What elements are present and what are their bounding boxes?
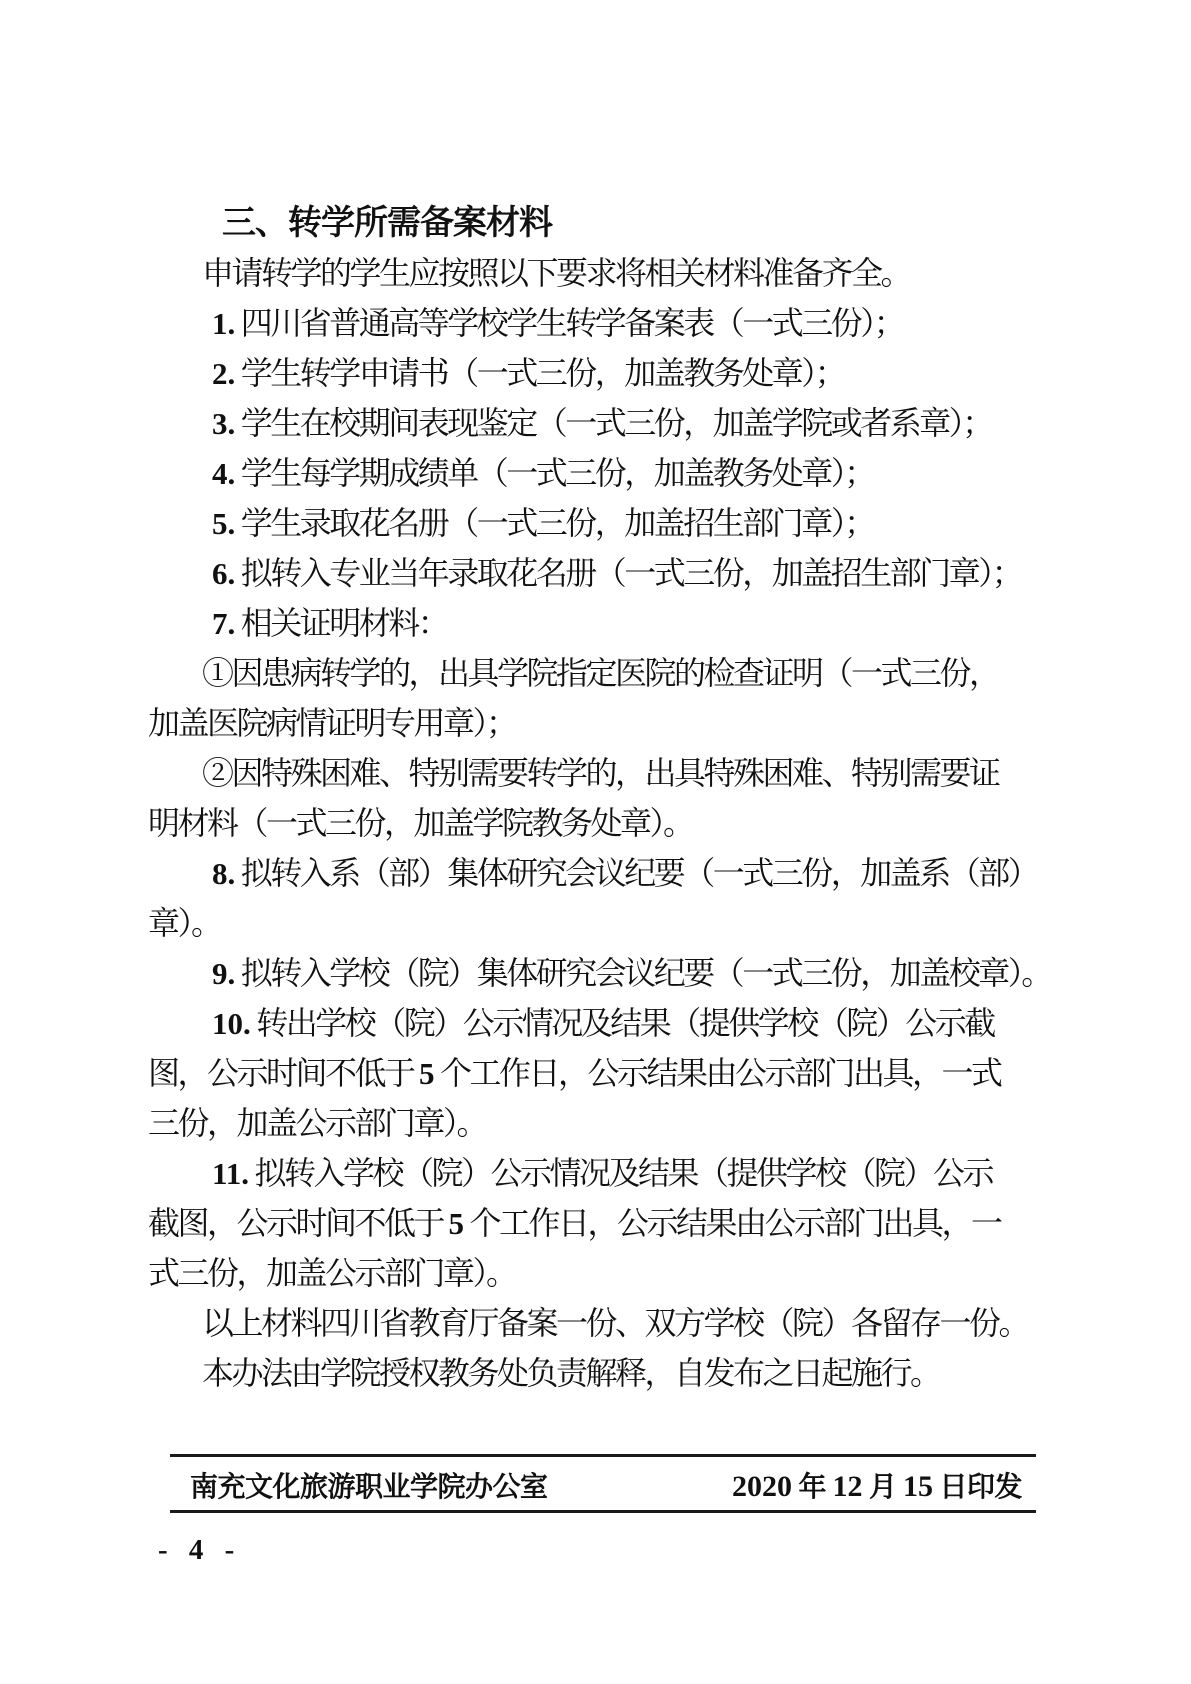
text-run: 学生转学申请书（一式三份，加盖教务处章）； bbox=[235, 355, 844, 391]
bold-number: 7. bbox=[212, 606, 235, 641]
bold-number: 6. bbox=[212, 556, 235, 591]
text-run: 三份，加盖公示部门章）。 bbox=[148, 1105, 486, 1141]
text-run: 章）。 bbox=[148, 905, 221, 941]
document-body: 申请转学的学生应按照以下要求将相关材料准备齐全。1. 四川省普通高等学校学生转学… bbox=[148, 248, 1148, 1398]
text-run: 拟转入系（部）集体研究会议纪要（一式三份，加盖系（部） bbox=[235, 855, 1037, 891]
text-line: 9. 拟转入学校（院）集体研究会议纪要（一式三份，加盖校章）。 bbox=[148, 948, 1148, 998]
text-line: 8. 拟转入系（部）集体研究会议纪要（一式三份，加盖系（部） bbox=[148, 848, 1148, 898]
text-run: 拟转入学校（院）公示情况及结果（提供学校（院）公示 bbox=[249, 1155, 992, 1191]
text-line: 式三份，加盖公示部门章）。 bbox=[148, 1248, 1148, 1298]
text-run: 加盖医院病情证明专用章）； bbox=[148, 705, 516, 741]
bold-number: 8. bbox=[212, 856, 235, 891]
text-line: 三份，加盖公示部门章）。 bbox=[148, 1098, 1148, 1148]
text-run: 拟转入专业当年录取花名册（一式三份，加盖招生部门章）； bbox=[235, 555, 1021, 591]
text-run: 明材料（一式三份，加盖学院教务处章）。 bbox=[148, 805, 693, 841]
text-run: 四川省普通高等学校学生转学备案表（一式三份）； bbox=[235, 305, 903, 341]
text-line: 截图，公示时间不低于 5 个工作日，公示结果由公示部门出具，一 bbox=[148, 1198, 1148, 1248]
footer-print-date: 2020 年 12 月 15 日印发 bbox=[732, 1465, 1036, 1505]
bold-number: 5 bbox=[449, 1206, 465, 1241]
text-line: 1. 四川省普通高等学校学生转学备案表（一式三份）； bbox=[148, 298, 1148, 348]
text-line: 7. 相关证明材料： bbox=[148, 598, 1148, 648]
document-page: 三、转学所需备案材料 申请转学的学生应按照以下要求将相关材料准备齐全。1. 四川… bbox=[0, 0, 1191, 1684]
bold-number: 10. bbox=[212, 1006, 251, 1041]
text-run: 日印发 bbox=[933, 1472, 1022, 1503]
text-line: 3. 学生在校期间表现鉴定（一式三份，加盖学院或者系章）； bbox=[148, 398, 1148, 448]
text-run: 申请转学的学生应按照以下要求将相关材料准备齐全。 bbox=[202, 255, 910, 291]
text-run: 式三份，加盖公示部门章）。 bbox=[148, 1255, 516, 1291]
footer-issuing-office: 南充文化旅游职业学院办公室 bbox=[190, 1465, 548, 1505]
bold-number: 1. bbox=[212, 306, 235, 341]
footer-row: 南充文化旅游职业学院办公室 2020 年 12 月 15 日印发 bbox=[190, 1461, 1036, 1509]
bold-number: 11. bbox=[212, 1156, 249, 1191]
text-run: 截图，公示时间不低于 bbox=[148, 1205, 449, 1241]
text-run: 转出学校（院）公示情况及结果（提供学校（院）公示截 bbox=[251, 1005, 994, 1041]
text-run: 个工作日，公示结果由公示部门出具，一式 bbox=[435, 1055, 1001, 1091]
text-line: 本办法由学院授权教务处负责解释，自发布之日起施行。 bbox=[148, 1348, 1148, 1398]
text-run: 图，公示时间不低于 bbox=[148, 1055, 419, 1091]
bold-number: 5. bbox=[212, 506, 235, 541]
bold-number: 3. bbox=[212, 406, 235, 441]
text-line: 5. 学生录取花名册（一式三份，加盖招生部门章）； bbox=[148, 498, 1148, 548]
text-run: 本办法由学院授权教务处负责解释，自发布之日起施行。 bbox=[202, 1355, 940, 1391]
bold-number: 12 bbox=[832, 1470, 862, 1503]
section-heading: 三、转学所需备案材料 bbox=[222, 198, 552, 248]
bold-number: 2020 bbox=[732, 1470, 792, 1503]
footer-rule-bottom bbox=[170, 1510, 1036, 1513]
text-run: 学生在校期间表现鉴定（一式三份，加盖学院或者系章）； bbox=[235, 405, 992, 441]
text-run: ①因患病转学的，出具学院指定医院的检查证明（一式三份， bbox=[202, 655, 999, 691]
text-line: 明材料（一式三份，加盖学院教务处章）。 bbox=[148, 798, 1148, 848]
text-line: 以上材料四川省教育厅备案一份、双方学校（院）各留存一份。 bbox=[148, 1298, 1148, 1348]
text-run: 以上材料四川省教育厅备案一份、双方学校（院）各留存一份。 bbox=[202, 1305, 1028, 1341]
text-line: 图，公示时间不低于 5 个工作日，公示结果由公示部门出具，一式 bbox=[148, 1048, 1148, 1098]
bold-number: 4. bbox=[212, 456, 235, 491]
text-line: 10. 转出学校（院）公示情况及结果（提供学校（院）公示截 bbox=[148, 998, 1148, 1048]
text-line: ①因患病转学的，出具学院指定医院的检查证明（一式三份， bbox=[148, 648, 1148, 698]
text-run: 学生录取花名册（一式三份，加盖招生部门章）； bbox=[235, 505, 874, 541]
text-line: ②因特殊困难、特别需要转学的，出具特殊困难、特别需要证 bbox=[148, 748, 1148, 798]
text-line: 11. 拟转入学校（院）公示情况及结果（提供学校（院）公示 bbox=[148, 1148, 1148, 1198]
bold-number: 9. bbox=[212, 956, 235, 991]
footer-rule-top bbox=[170, 1454, 1036, 1457]
text-run: ②因特殊困难、特别需要转学的，出具特殊困难、特别需要证 bbox=[202, 755, 999, 791]
text-line: 6. 拟转入专业当年录取花名册（一式三份，加盖招生部门章）； bbox=[148, 548, 1148, 598]
bold-number: 15 bbox=[903, 1470, 933, 1503]
page-number: - 4 - bbox=[158, 1534, 241, 1567]
text-line: 加盖医院病情证明专用章）； bbox=[148, 698, 1148, 748]
text-run: 学生每学期成绩单（一式三份，加盖教务处章）； bbox=[235, 455, 874, 491]
bold-number: 5 bbox=[419, 1056, 435, 1091]
text-line: 章）。 bbox=[148, 898, 1148, 948]
text-run: 年 bbox=[792, 1472, 833, 1503]
text-run: 拟转入学校（院）集体研究会议纪要（一式三份，加盖校章）。 bbox=[235, 955, 1051, 991]
text-run: 相关证明材料： bbox=[235, 605, 447, 641]
text-run: 个工作日，公示结果由公示部门出具，一 bbox=[464, 1205, 1001, 1241]
text-line: 申请转学的学生应按照以下要求将相关材料准备齐全。 bbox=[148, 248, 1148, 298]
text-run: 月 bbox=[862, 1472, 903, 1503]
text-line: 2. 学生转学申请书（一式三份，加盖教务处章）； bbox=[148, 348, 1148, 398]
bold-number: 2. bbox=[212, 356, 235, 391]
text-line: 4. 学生每学期成绩单（一式三份，加盖教务处章）； bbox=[148, 448, 1148, 498]
